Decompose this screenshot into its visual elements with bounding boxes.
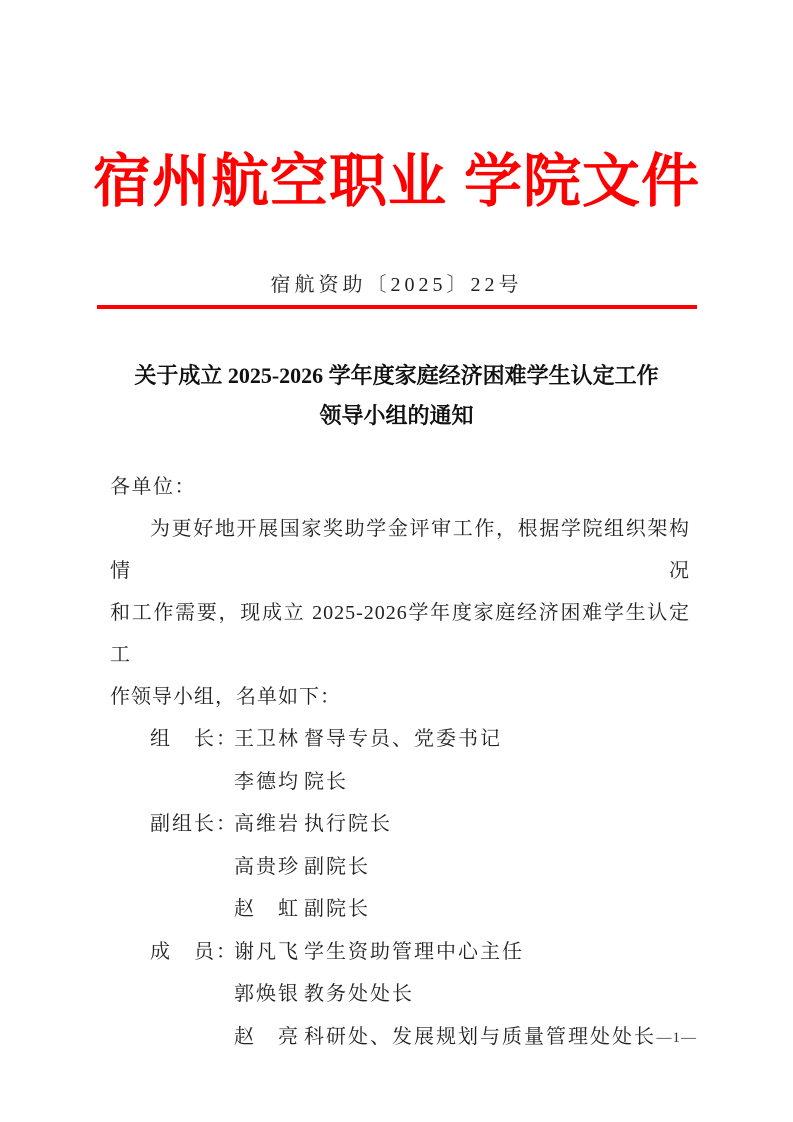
paragraph-line: 为更好地开展国家奖助学金评审工作，根据学院组织架构情况 <box>110 508 690 592</box>
document-title: 关于成立 2025-2026 学年度家庭经济困难学生认定工作 领导小组的通知 <box>0 356 793 436</box>
document-title-line1: 关于成立 2025-2026 学年度家庭经济困难学生认定工作 <box>0 356 793 396</box>
leadership-roster: 组 长：王卫林督导专员、党委书记 李德均院长 副组长：高维岩执行院长 高贵珍副院… <box>110 718 690 1058</box>
roster-name: 高贵珍 <box>234 846 304 889</box>
document-number: 宿航资助〔2025〕22号 <box>0 273 793 297</box>
roster-row: 组 长：王卫林督导专员、党委书记 <box>150 718 690 761</box>
roster-name: 王卫林 <box>234 718 304 761</box>
roster-row: 高贵珍副院长 <box>150 846 690 889</box>
document-page: 宿州航空职业 学院文件 宿航资助〔2025〕22号 关于成立 2025-2026… <box>0 0 793 1122</box>
roster-row: 李德均院长 <box>150 761 690 804</box>
roster-role: 副院长 <box>304 856 370 878</box>
roster-role: 科研处、发展规划与质量管理处处长 <box>304 1026 656 1048</box>
salutation: 各单位： <box>110 466 690 508</box>
roster-name: 李德均 <box>234 761 304 804</box>
roster-row: 赵 虹副院长 <box>150 888 690 931</box>
roster-label: 组 长： <box>150 718 234 761</box>
red-divider-line <box>97 305 697 309</box>
roster-role: 执行院长 <box>304 813 392 835</box>
body-paragraph: 为更好地开展国家奖助学金评审工作，根据学院组织架构情况 和工作需要，现成立 20… <box>110 508 690 718</box>
roster-role: 教务处处长 <box>304 983 414 1005</box>
roster-row: 成 员：谢凡飞学生资助管理中心主任 <box>150 931 690 974</box>
document-title-line2: 领导小组的通知 <box>0 396 793 436</box>
roster-role: 院长 <box>304 771 348 793</box>
roster-name: 赵 亮 <box>234 1016 304 1059</box>
paragraph-line: 和工作需要，现成立 2025-2026学年度家庭经济困难学生认定工 <box>110 592 690 676</box>
org-header-title: 宿州航空职业 学院文件 <box>0 146 793 218</box>
roster-role: 督导专员、党委书记 <box>304 728 502 750</box>
roster-name: 郭焕银 <box>234 973 304 1016</box>
document-body: 各单位： 为更好地开展国家奖助学金评审工作，根据学院组织架构情况 和工作需要，现… <box>110 466 690 1058</box>
roster-label: 副组长： <box>150 803 234 846</box>
roster-name: 谢凡飞 <box>234 931 304 974</box>
roster-label: 成 员： <box>150 931 234 974</box>
roster-role: 学生资助管理中心主任 <box>304 941 524 963</box>
roster-row: 赵 亮科研处、发展规划与质量管理处处长 <box>150 1016 690 1059</box>
roster-row: 郭焕银教务处处长 <box>150 973 690 1016</box>
paragraph-line: 作领导小组，名单如下： <box>110 676 690 718</box>
roster-row: 副组长：高维岩执行院长 <box>150 803 690 846</box>
roster-name: 高维岩 <box>234 803 304 846</box>
roster-role: 副院长 <box>304 898 370 920</box>
page-number: —1— <box>657 1030 698 1047</box>
roster-name: 赵 虹 <box>234 888 304 931</box>
